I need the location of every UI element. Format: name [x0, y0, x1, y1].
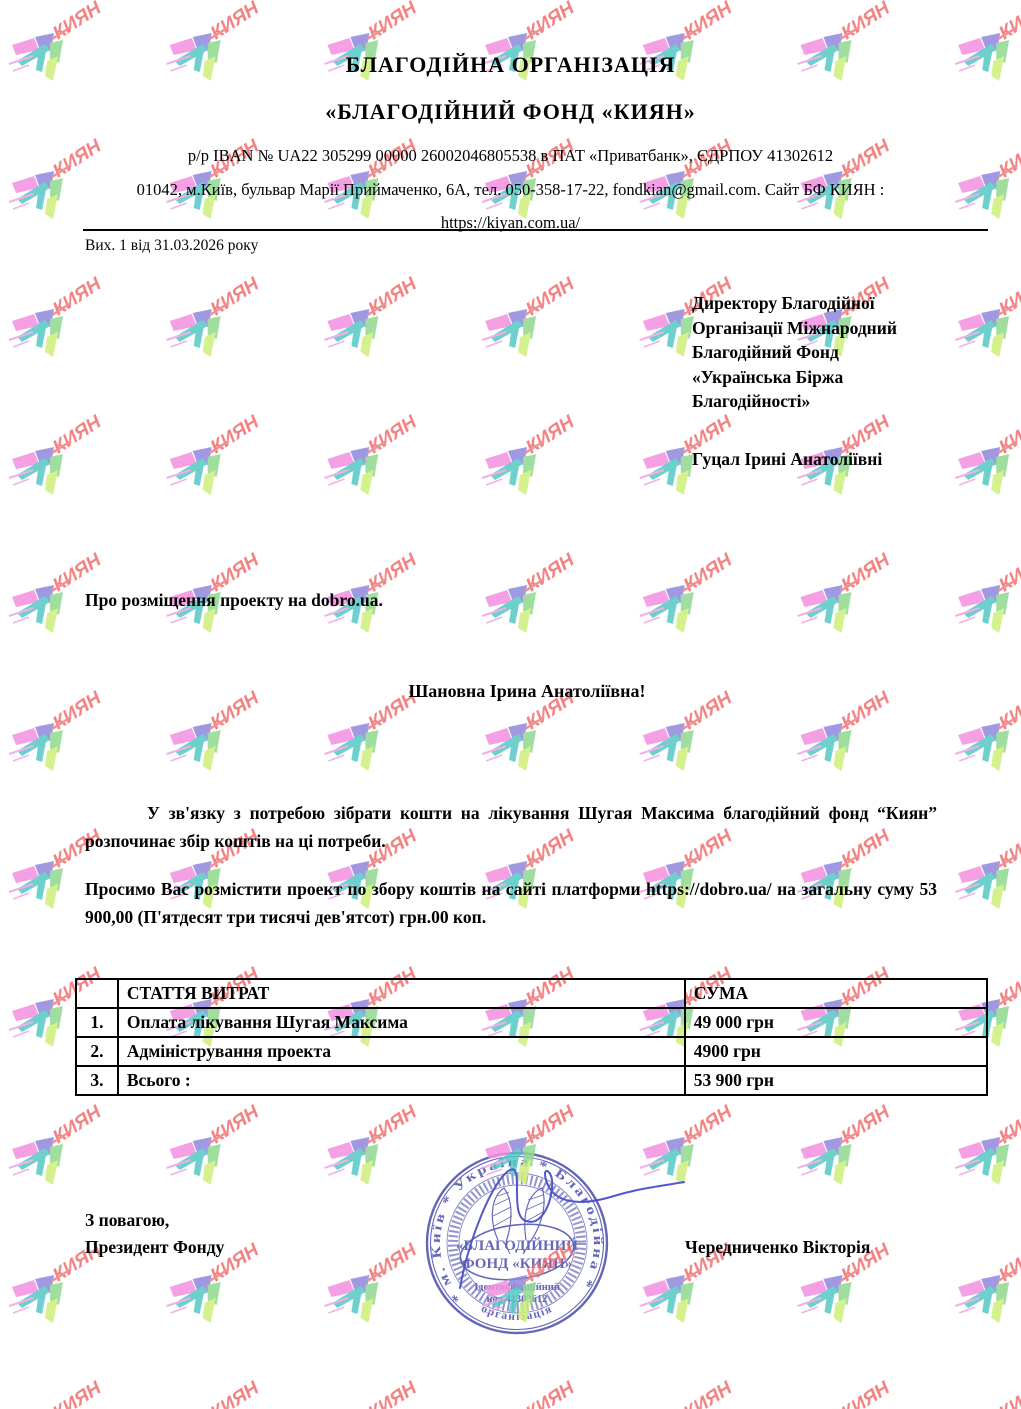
row-number: 3.	[76, 1066, 118, 1095]
letter-content: БЛАГОДІЙНА ОРГАНІЗАЦІЯ «БЛАГОДІЙНИЙ ФОНД…	[0, 0, 1021, 1409]
row-number: 1.	[76, 1008, 118, 1037]
divider-rule	[83, 229, 988, 231]
row-item: Оплата лікування Шугая Максима	[118, 1008, 685, 1037]
subject-line: Про розміщення проекту на dobro.ua.	[85, 590, 383, 611]
recipient-name: Гуцал Ірині Анатоліївні	[692, 447, 952, 472]
row-sum: 53 900 грн	[685, 1066, 987, 1095]
table-header-sum: СУМА	[685, 979, 987, 1008]
table-header-item: СТАТТЯ ВИТРАТ	[118, 979, 685, 1008]
bank-details-line: р/р IBAN № UA22 305299 00000 26002046805…	[83, 145, 938, 166]
table-header-row: СТАТТЯ ВИТРАТ СУМА	[76, 979, 987, 1008]
row-sum: 4900 грн	[685, 1037, 987, 1066]
table-row: 1. Оплата лікування Шугая Максима 49 000…	[76, 1008, 987, 1037]
addressee-line: Директору Благодійної	[692, 291, 952, 316]
addressee-line: Благодійності»	[692, 389, 952, 414]
addressee-line: Благодійний Фонд	[692, 340, 952, 365]
table-row: 3. Всього : 53 900 грн	[76, 1066, 987, 1095]
table-row: 2. Адміністрування проекта 4900 грн	[76, 1037, 987, 1066]
closing-regards: З повагою,	[85, 1210, 169, 1231]
document-page: * м. Київ * Україна * Благодійна * орган…	[0, 0, 1021, 1409]
addressee-line: «Українська Біржа	[692, 365, 952, 390]
addressee-line: Організації Міжнародний	[692, 316, 952, 341]
row-item: Всього :	[118, 1066, 685, 1095]
address-line: 01042, м.Київ, бульвар Марії Приймаченко…	[83, 179, 938, 200]
salutation: Шановна Ірина Анатоліївна!	[85, 681, 969, 702]
org-name-line2: «БЛАГОДІЙНИЙ ФОНД «КИЯН»	[83, 99, 938, 125]
org-name-line1: БЛАГОДІЙНА ОРГАНІЗАЦІЯ	[83, 52, 938, 78]
expenses-table: СТАТТЯ ВИТРАТ СУМА 1. Оплата лікування Ш…	[75, 978, 988, 1096]
row-number: 2.	[76, 1037, 118, 1066]
body-paragraph-2: Просимо Вас розмістити проект по збору к…	[85, 875, 937, 932]
letterhead: БЛАГОДІЙНА ОРГАНІЗАЦІЯ «БЛАГОДІЙНИЙ ФОНД…	[83, 52, 938, 233]
row-item: Адміністрування проекта	[118, 1037, 685, 1066]
row-sum: 49 000 грн	[685, 1008, 987, 1037]
outgoing-ref-line: Вих. 1 від 31.03.2026 року	[85, 237, 258, 255]
table-header-num	[76, 979, 118, 1008]
body-paragraph-1: У зв'язку з потребою зібрати кошти на лі…	[85, 799, 937, 856]
signer-name: Чередниченко Вікторія	[685, 1237, 870, 1258]
addressee-block: Директору Благодійної Організації Міжнар…	[692, 291, 952, 471]
closing-title: Президент Фонду	[85, 1237, 224, 1258]
